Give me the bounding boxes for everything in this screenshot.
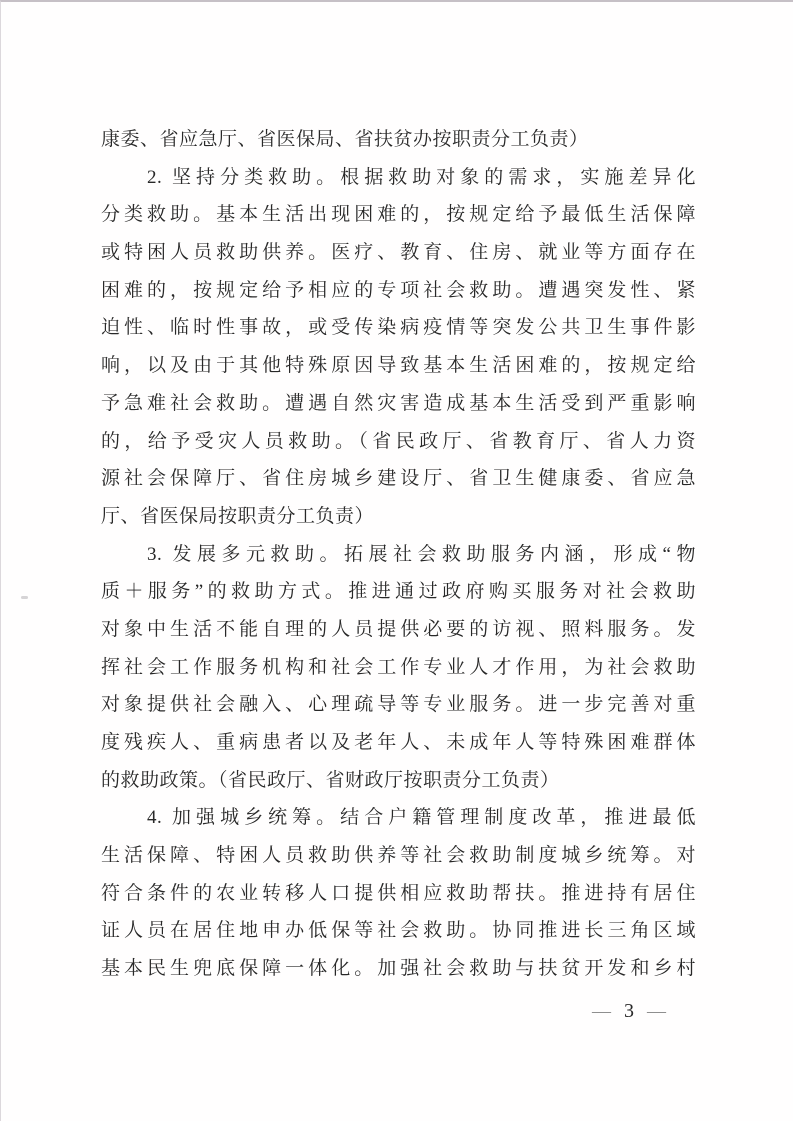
scan-artifact [21, 596, 28, 599]
text-line: 予急难社会救助。遭遇自然灾害造成基本生活受到严重影响 [101, 385, 696, 423]
text-line: 困难的，按规定给予相应的专项社会救助。遭遇突发性、紧 [101, 272, 696, 310]
page-number-left-dash: — [592, 1002, 611, 1021]
document-page: 康委、省应急厅、省医保局、省扶贫办按职责分工负责） 2. 坚持分类救助。根据救助… [0, 0, 793, 1121]
text-line: 对象中生活不能自理的人员提供必要的访视、照料服务。发 [101, 611, 696, 649]
text-line: 源社会保障厅、省住房城乡建设厅、省卫生健康委、省应急 [101, 460, 696, 498]
text-line-paragraph-2-start: 2. 坚持分类救助。根据救助对象的需求，实施差异化 [101, 159, 696, 197]
text-line: 厅、省医保局按职责分工负责） [101, 498, 696, 536]
page-number-right-dash: — [647, 1002, 666, 1021]
text-line-paragraph-3-start: 3. 发展多元救助。拓展社会救助服务内涵，形成“物 [101, 536, 696, 574]
text-line: 挥社会工作服务机构和社会工作专业人才作用，为社会救助 [101, 649, 696, 687]
text-line: 迫性、临时性事故，或受传染病疫情等突发公共卫生事件影 [101, 309, 696, 347]
page-number: — 3 — [592, 1001, 666, 1021]
text-line: 度残疾人、重病患者以及老年人、未成年人等特殊困难群体 [101, 724, 696, 762]
text-line: 质＋服务”的救助方式。推进通过政府购买服务对社会救助 [101, 573, 696, 611]
text-line: 或特困人员救助供养。医疗、教育、住房、就业等方面存在 [101, 234, 696, 272]
text-line: 响，以及由于其他特殊原因导致基本生活困难的，按规定给 [101, 347, 696, 385]
text-line: 的救助政策。（省民政厅、省财政厅按职责分工负责） [101, 762, 696, 800]
text-line: 符合条件的农业转移人口提供相应救助帮扶。推进持有居住 [101, 875, 696, 913]
document-body-text: 康委、省应急厅、省医保局、省扶贫办按职责分工负责） 2. 坚持分类救助。根据救助… [101, 121, 696, 988]
text-line: 生活保障、特困人员救助供养等社会救助制度城乡统筹。对 [101, 837, 696, 875]
text-line: 分类救助。基本生活出现困难的，按规定给予最低生活保障 [101, 196, 696, 234]
text-line: 证人员在居住地申办低保等社会救助。协同推进长三角区域 [101, 912, 696, 950]
text-line: 康委、省应急厅、省医保局、省扶贫办按职责分工负责） [101, 121, 696, 159]
text-line-paragraph-4-start: 4. 加强城乡统筹。结合户籍管理制度改革，推进最低 [101, 799, 696, 837]
text-line: 的，给予受灾人员救助。（省民政厅、省教育厅、省人力资 [101, 423, 696, 461]
text-line: 对象提供社会融入、心理疏导等专业服务。进一步完善对重 [101, 686, 696, 724]
text-line: 基本民生兜底保障一体化。加强社会救助与扶贫开发和乡村 [101, 950, 696, 988]
page-number-value: 3 [624, 1001, 634, 1021]
